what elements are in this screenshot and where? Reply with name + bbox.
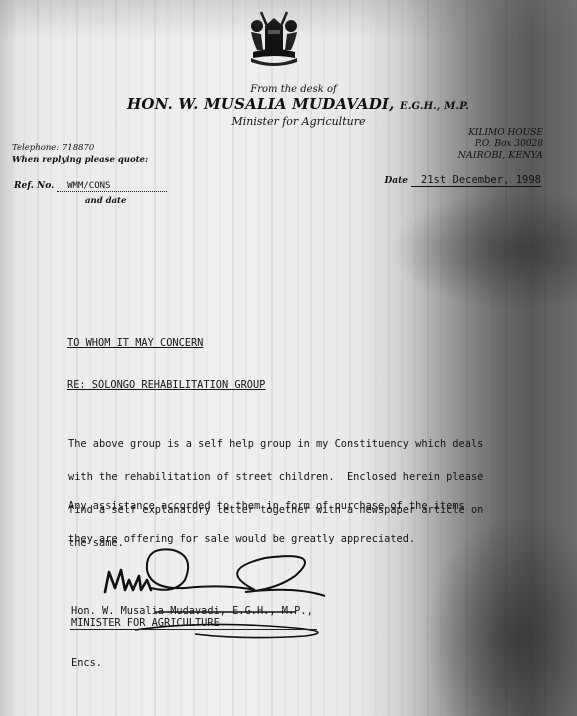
date-value: 21st December, 1998 (411, 174, 541, 187)
body-line: The above group is a self help group in … (68, 439, 483, 450)
enclosures-note: Encs. (71, 657, 102, 669)
and-date-label: and date (85, 196, 126, 206)
letter-date: Date 21st December, 1998 (384, 174, 541, 187)
reference-number: Ref. No. WMM/CONS (14, 181, 167, 192)
minister-name-main: HON. W. MUSALIA MUDAVADI, (127, 95, 395, 113)
minister-name: HON. W. MUSALIA MUDAVADI, E.G.H., M.P. (127, 95, 469, 113)
signature-underline (70, 629, 317, 630)
subject-line: RE: SOLONGO REHABILITATION GROUP (67, 379, 265, 391)
scanned-letter: From the desk of HON. W. MUSALIA MUDAVAD… (0, 0, 577, 716)
coat-of-arms-icon (243, 8, 305, 70)
scan-shadow (390, 190, 577, 310)
from-desk-label: From the desk of (0, 84, 577, 95)
address-line: P.O. Box 30028 (458, 139, 543, 150)
signer-name: Hon. W. Musalia Mudavadi, E.G.H., M.P., (71, 605, 313, 617)
signer-title: MINISTER FOR AGRICULTURE (71, 617, 220, 629)
date-label: Date (384, 176, 408, 186)
minister-name-suffix: E.G.H., M.P. (400, 101, 469, 112)
address-block: KILIMO HOUSE P.O. Box 30028 NAIROBI, KEN… (458, 128, 543, 161)
ref-value: WMM/CONS (57, 181, 167, 192)
address-line: NAIROBI, KENYA (458, 150, 543, 161)
telephone: Telephone: 718870 (12, 143, 94, 153)
minister-title: Minister for Agriculture (0, 115, 577, 128)
reply-note: When replying please quote: (12, 155, 148, 165)
salutation: TO WHOM IT MAY CONCERN (67, 337, 203, 349)
address-line: KILIMO HOUSE (458, 128, 543, 139)
body-line: Any assistance accorded to them in form … (68, 501, 465, 512)
ref-label: Ref. No. (14, 181, 54, 191)
